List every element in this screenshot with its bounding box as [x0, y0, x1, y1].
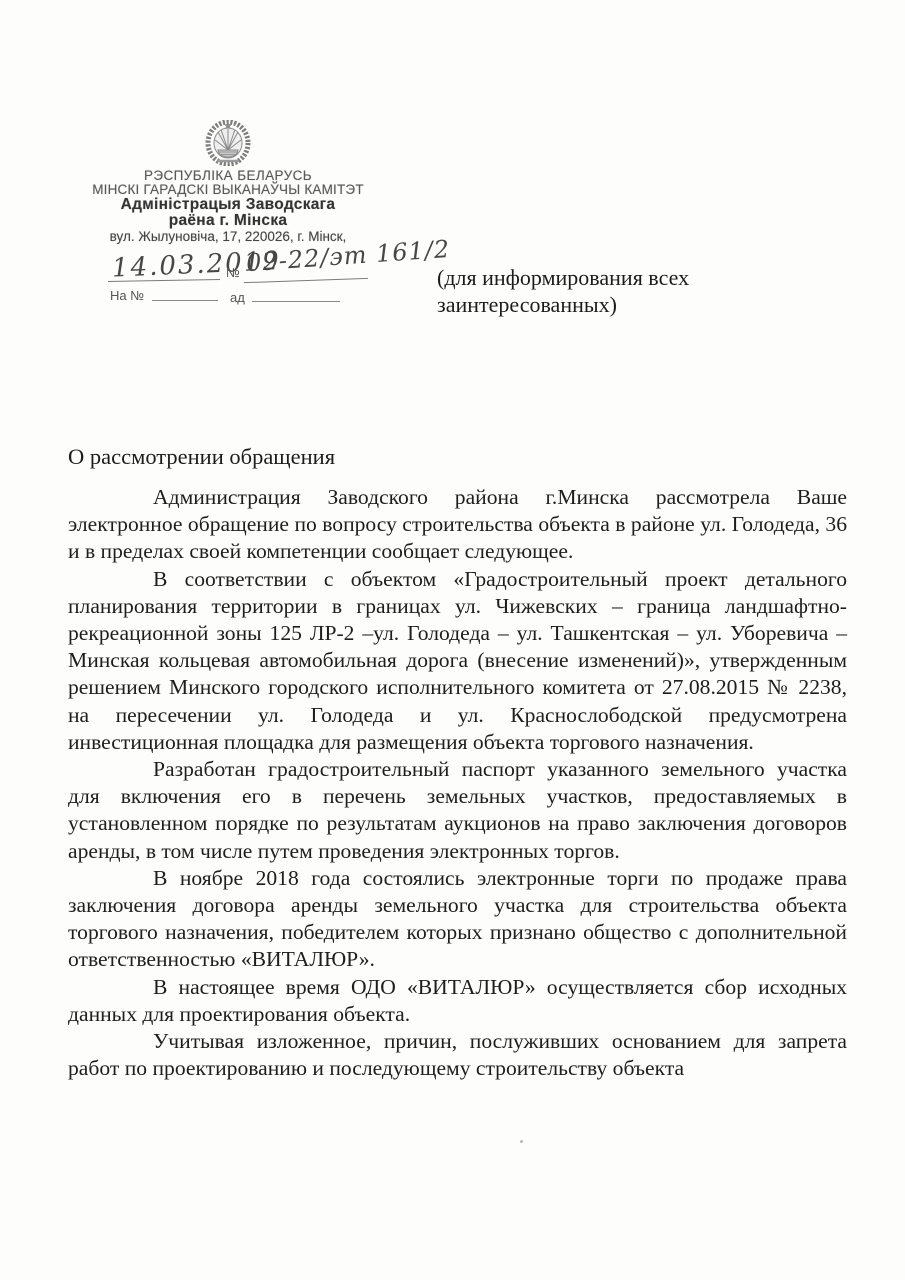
body-paragraph: Учитывая изложенное, причин, послуживших… — [68, 1028, 847, 1082]
subject-line: О рассмотрении обращения — [68, 444, 335, 470]
letterhead-country: РЭСПУБЛІКА БЕЛАРУСЬ — [62, 169, 394, 183]
body-paragraph: Разработан градостроительный паспорт ука… — [68, 756, 847, 865]
reply-to-label: На № — [110, 288, 144, 303]
reference-block: 14.03.2019 № 02-22/эт 161/2 На № ад — [108, 248, 408, 310]
recipient-note-line1: (для информирования всех — [437, 264, 827, 291]
body-paragraph: В ноябре 2018 года состоялись электронны… — [68, 865, 847, 974]
body-paragraph: Администрация Заводского района г.Минска… — [68, 484, 847, 566]
incoming-reference-row: На № ад — [108, 286, 408, 306]
body-paragraph: В соответствии с объектом «Градостроител… — [68, 566, 847, 756]
letterhead-org-line2: раёна г. Мінска — [62, 213, 394, 228]
recipient-note-line2: заинтересованных) — [437, 291, 827, 318]
reply-number-underline — [152, 300, 218, 301]
body-paragraph: В настоящее время ОДО «ВИТАЛЮР» осуществ… — [68, 974, 847, 1028]
recipient-note: (для информирования всех заинтересованны… — [437, 264, 827, 318]
reply-date-underline — [252, 301, 340, 302]
letterhead: РЭСПУБЛІКА БЕЛАРУСЬ МІНСКІ ГАРАДСКІ ВЫКА… — [62, 120, 394, 244]
reply-date-label: ад — [230, 290, 245, 305]
letter-body: Администрация Заводского района г.Минска… — [68, 484, 847, 1082]
scan-speck — [520, 1140, 523, 1143]
number-underline — [244, 278, 368, 283]
letterhead-org-line1: Адміністрацыя Заводскага — [62, 197, 394, 212]
number-sign-label: № — [226, 265, 240, 280]
belarus-state-emblem-icon — [204, 120, 252, 166]
letterhead-committee: МІНСКІ ГАРАДСКІ ВЫКАНАЎЧЫ КАМІТЭТ — [62, 183, 394, 197]
scanned-letter-page: РЭСПУБЛІКА БЕЛАРУСЬ МІНСКІ ГАРАДСКІ ВЫКА… — [0, 0, 905, 1280]
